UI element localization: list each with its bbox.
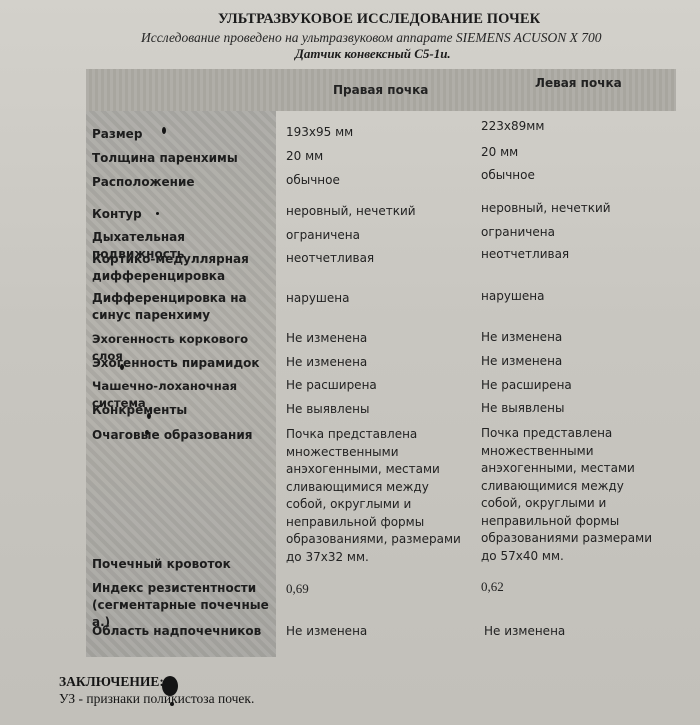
cell-left-position: обычное [481,167,671,185]
row-label-sinus-differentiation: Дифференцировка на синус паренхиму [92,290,272,324]
cell-right-pyramid-echogenicity: Не изменена [286,354,476,372]
cell-left-resistance-index: 0,62 [481,578,671,596]
cell-left-pyramid-echogenicity: Не изменена [481,353,671,371]
row-label-parenchyma-thickness: Толщина паренхимы [92,150,277,167]
column-header-right-kidney: Правая почка [333,83,428,97]
cell-right-sinus-differentiation: нарушена [286,290,476,308]
cell-left-focal-lesions: Почка представлена множественными анэхог… [481,425,667,565]
cell-left-collecting-system: Не расширена [481,377,671,395]
conclusion-title: ЗАКЛЮЧЕНИЕ: [59,674,164,690]
probe-note: Датчик конвексный С5-1и. [295,46,451,62]
cell-right-resistance-index: 0,69 [286,580,476,598]
row-label-corticomedullary-differentiation: Кортико-медуллярная дифференцировка [92,251,277,285]
conclusion-text: УЗ - признаки поликистоза почек. [59,691,254,707]
cell-left-adrenal-area: Не изменена [484,623,674,641]
cell-right-position: обычное [286,172,476,190]
cell-right-collecting-system: Не расширена [286,377,476,395]
cell-right-contour: неровный, нечеткий [286,203,476,221]
ink-stain [162,127,166,134]
ink-stain [156,212,159,215]
row-label-pyramid-echogenicity: Эхогенность пирамидок [92,355,277,372]
ink-stain [162,676,178,696]
row-label-position: Расположение [92,174,277,191]
cell-right-size: 193х95 мм [286,124,476,142]
cell-left-cortex-echogenicity: Не изменена [481,329,671,347]
cell-right-parenchyma-thickness: 20 мм [286,148,476,166]
row-label-adrenal-area: Область надпочечников [92,623,277,640]
cell-right-cortex-echogenicity: Не изменена [286,330,476,348]
row-label-calculi: Конкременты [92,402,277,419]
cell-left-contour: неровный, нечеткий [481,200,671,218]
row-label-size: Размер [92,126,277,143]
equipment-note: Исследование проведено на ультразвуковом… [141,30,601,46]
ink-stain [120,364,124,370]
row-label-contour: Контур [92,206,277,223]
row-label-focal-lesions: Очаговые образования [92,427,277,444]
cell-left-parenchyma-thickness: 20 мм [481,144,671,162]
row-label-renal-blood-flow: Почечный кровоток [92,556,277,573]
cell-left-respiratory-mobility: ограничена [481,224,671,242]
ink-stain [147,413,151,419]
ink-stain [145,430,149,435]
cell-left-corticomedullary-differentiation: неотчетливая [481,246,671,264]
cell-right-focal-lesions: Почка представлена множественными анэхог… [286,426,472,566]
report-title: УЛЬТРАЗВУКОВОЕ ИССЛЕДОВАНИЕ ПОЧЕК [218,11,540,28]
cell-right-calculi: Не выявлены [286,401,476,419]
cell-right-adrenal-area: Не изменена [286,623,476,641]
ink-stain [170,702,174,706]
cell-right-corticomedullary-differentiation: неотчетливая [286,250,476,268]
cell-left-calculi: Не выявлены [481,400,671,418]
cell-left-sinus-differentiation: нарушена [481,288,671,306]
column-header-left-kidney: Левая почка [535,76,622,90]
cell-left-size: 223х89мм [481,118,671,136]
cell-right-respiratory-mobility: ограничена [286,227,476,245]
